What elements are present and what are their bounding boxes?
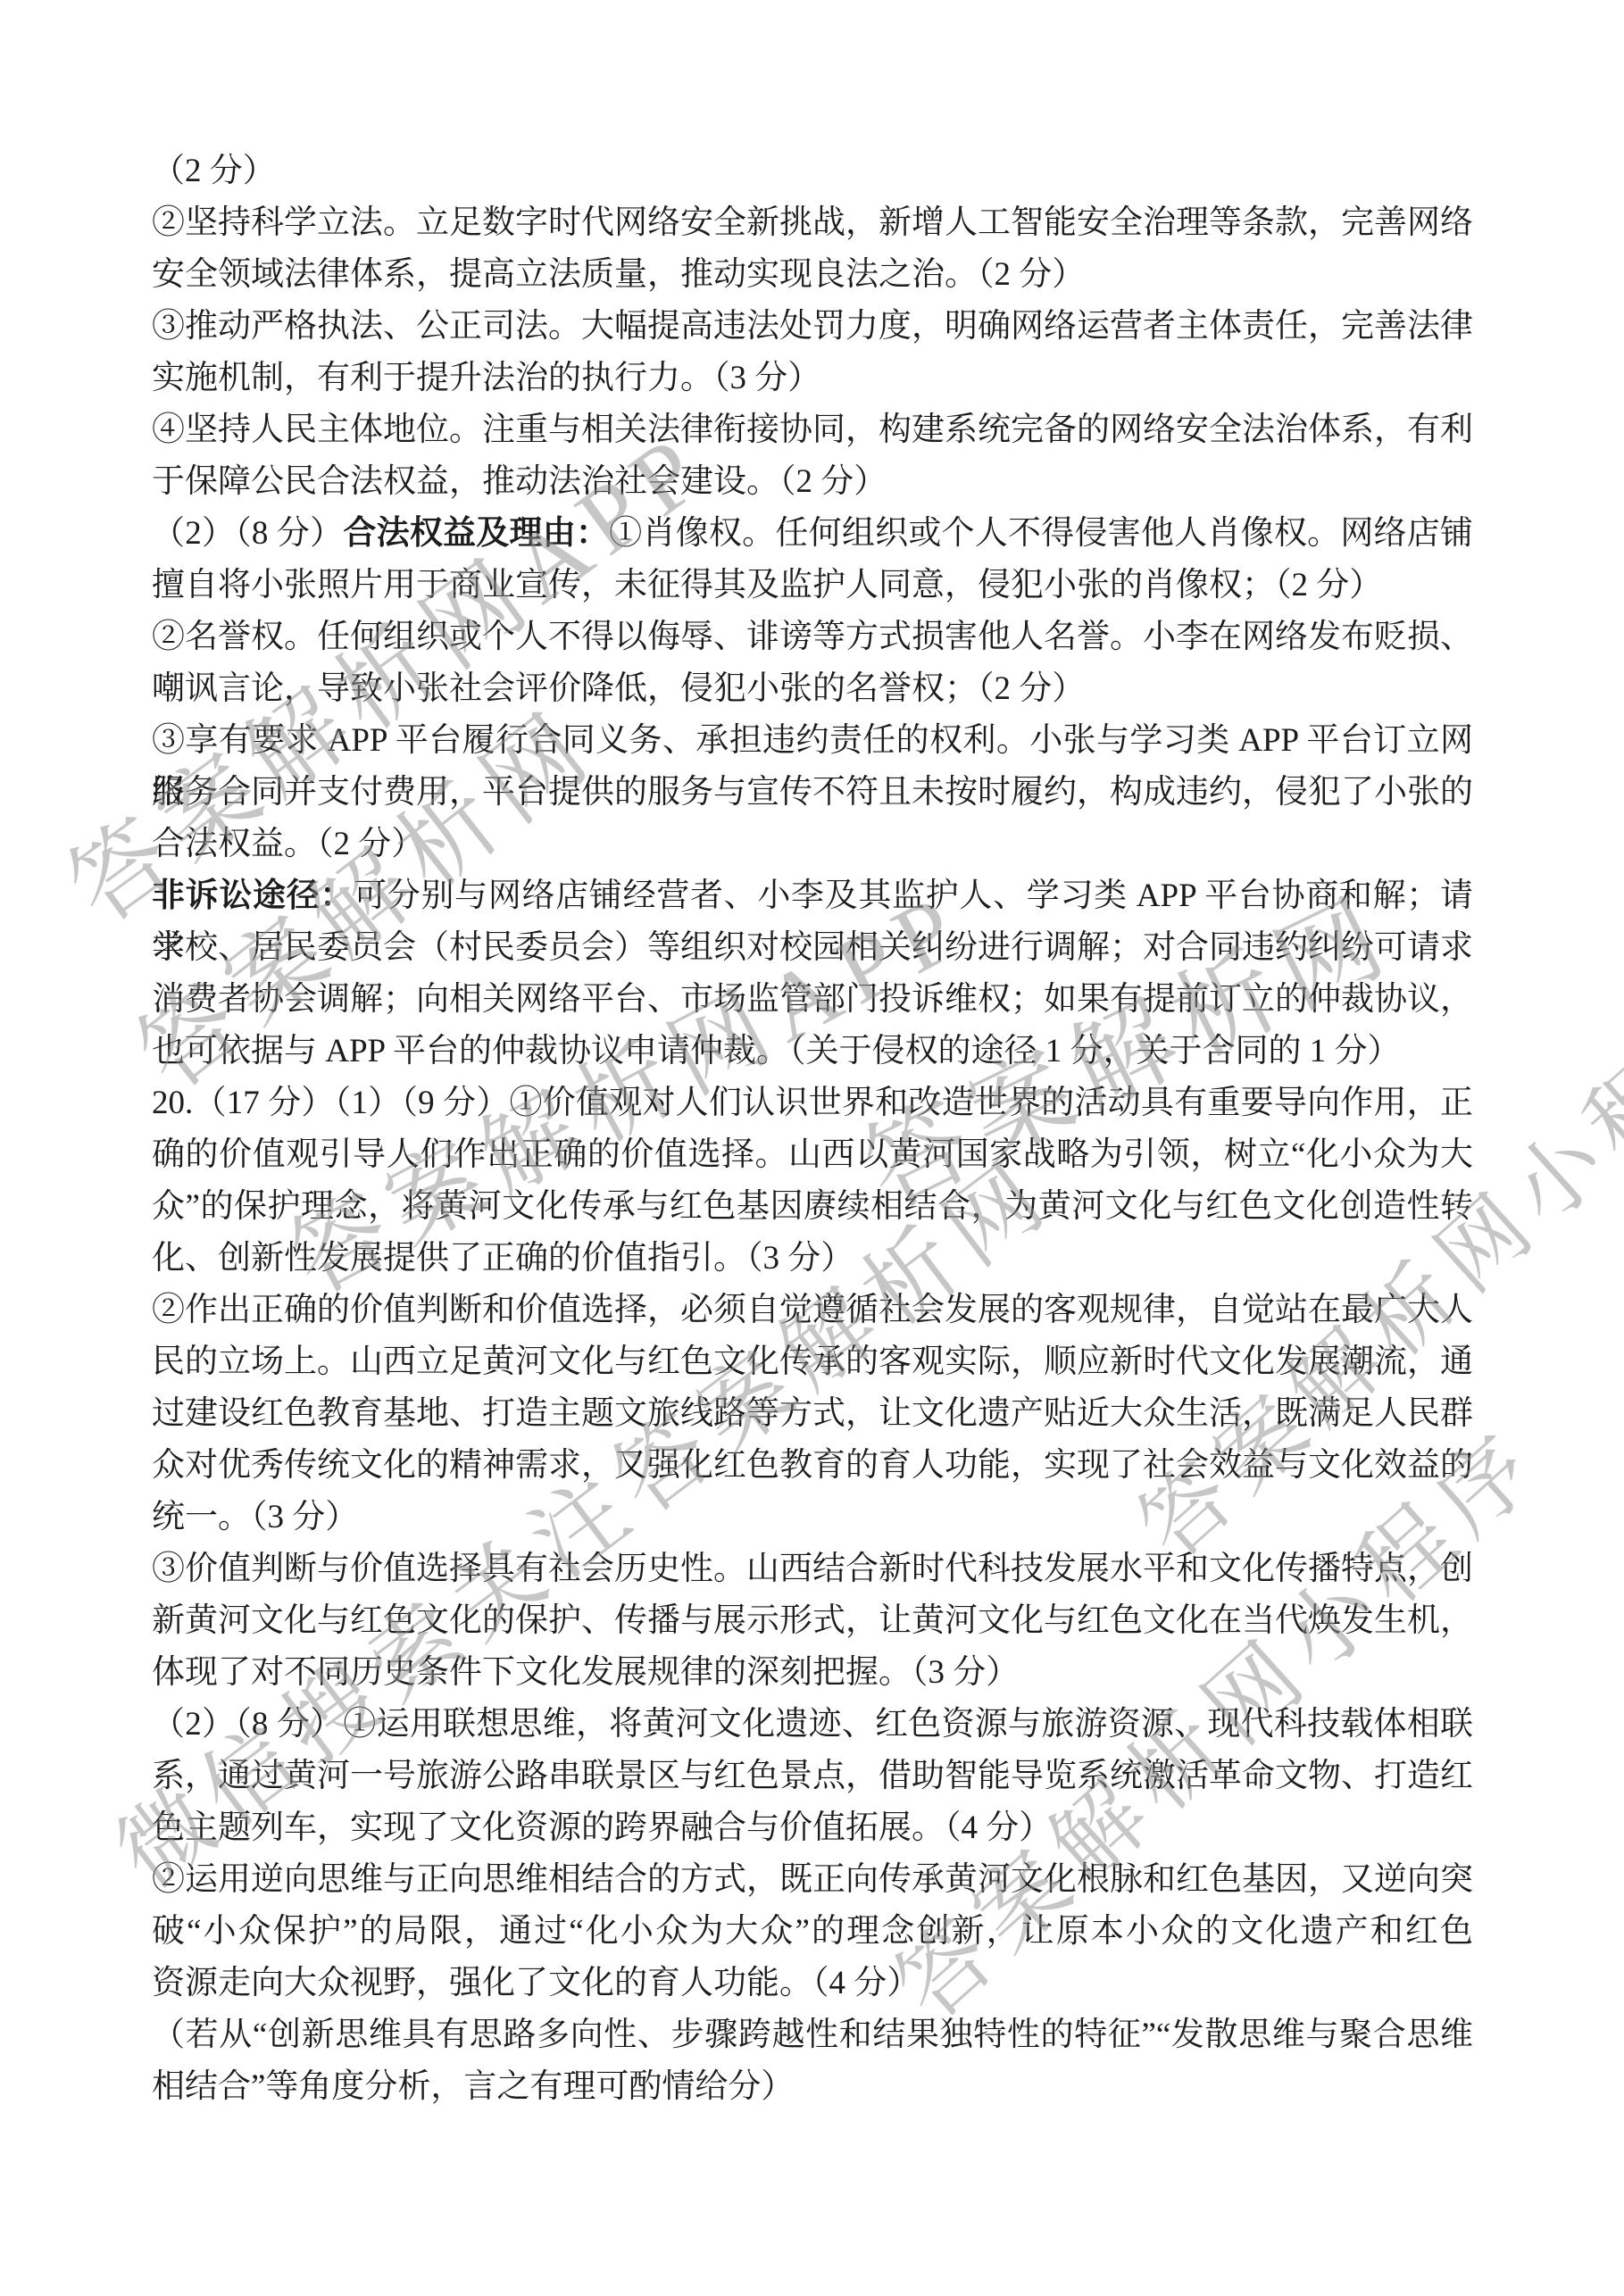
- text-line: 服务合同并支付费用，平台提供的服务与宣传不符且未按时履约，构成违约，侵犯了小张的: [152, 767, 1473, 819]
- text-line: 众对优秀传统文化的精神需求，又强化红色教育的育人功能，实现了社会效益与文化效益的: [152, 1440, 1473, 1492]
- text-segment: 也可依据与 APP 平台的仲裁协议申请仲裁。（关于侵权的途径 1 分，关于合同的…: [152, 1033, 1401, 1069]
- text-line: （2）（8 分）合法权益及理由：①肖像权。任何组织或个人不得侵害他人肖像权。网络…: [152, 508, 1473, 560]
- text-segment: ②坚持科学立法。立足数字时代网络安全新挑战，新增人工智能安全治理等条款，完善网络: [152, 204, 1473, 241]
- text-segment: 安全领域法律体系，提高立法质量，推动实现良法之治。（2 分）: [152, 256, 1085, 293]
- text-segment: （2）（8 分）①运用联想思维，将黄河文化遗迹、红色资源与旅游资源、现代科技载体…: [152, 1706, 1473, 1743]
- text-segment: 擅自将小张照片用于商业宣传，未征得其及监护人同意，侵犯小张的肖像权；（2 分）: [152, 567, 1382, 603]
- text-segment: 嘲讽言论，导致小张社会评价降低，侵犯小张的名誉权；（2 分）: [152, 670, 1085, 707]
- text-line: 新黄河文化与红色文化的保护、传播与展示形式，让黄河文化与红色文化在当代焕发生机，: [152, 1595, 1473, 1647]
- text-segment: 合法权益。（2 分）: [152, 826, 424, 862]
- text-segment: 新黄河文化与红色文化的保护、传播与展示形式，让黄河文化与红色文化在当代焕发生机，: [152, 1602, 1473, 1639]
- text-line: 于保障公民合法权益，推动法治社会建设。（2 分）: [152, 456, 1473, 508]
- answer-sheet-page: （2 分）②坚持科学立法。立足数字时代网络安全新挑战，新增人工智能安全治理等条款…: [0, 0, 1624, 2296]
- text-line: 化、创新性发展提供了正确的价值指引。（3 分）: [152, 1233, 1473, 1285]
- text-line: ③推动严格执法、公正司法。大幅提高违法处罚力度，明确网络运营者主体责任，完善法律: [152, 301, 1473, 353]
- text-line: 学校、居民委员会（村民委员会）等组织对校园相关纠纷进行调解；对合同违约纠纷可请求: [152, 922, 1473, 974]
- text-segment: ②作出正确的价值判断和价值选择，必须自觉遵循社会发展的客观规律，自觉站在最广大人: [152, 1292, 1473, 1328]
- text-line: 统一。（3 分）: [152, 1492, 1473, 1543]
- text-line: 破“小众保护”的局限，通过“化小众为大众”的理念创新，让原本小众的文化遗产和红色: [152, 1906, 1473, 1958]
- text-segment: 化、创新性发展提供了正确的价值指引。（3 分）: [152, 1240, 854, 1277]
- text-segment: 资源走向大众视野，强化了文化的育人功能。（4 分）: [152, 1965, 920, 2001]
- text-line: 系，通过黄河一号旅游公路串联景区与红色景点，借助智能导览系统激活革命文物、打造红: [152, 1751, 1473, 1802]
- text-segment: 消费者协会调解；向相关网络平台、市场监管部门投诉维权；如果有提前订立的仲裁协议，: [152, 981, 1473, 1018]
- text-line: 20.（17 分）（1）（9 分）①价值观对人们认识世界和改造世界的活动具有重要…: [152, 1077, 1473, 1129]
- text-line: 擅自将小张照片用于商业宣传，未征得其及监护人同意，侵犯小张的肖像权；（2 分）: [152, 560, 1473, 611]
- text-line: （2 分）: [152, 146, 1473, 197]
- text-line: 嘲讽言论，导致小张社会评价降低，侵犯小张的名誉权；（2 分）: [152, 663, 1473, 715]
- text-line: （2）（8 分）①运用联想思维，将黄河文化遗迹、红色资源与旅游资源、现代科技载体…: [152, 1699, 1473, 1751]
- text-line: 资源走向大众视野，强化了文化的育人功能。（4 分）: [152, 1958, 1473, 2009]
- text-segment: 众对优秀传统文化的精神需求，又强化红色教育的育人功能，实现了社会效益与文化效益的: [152, 1447, 1473, 1484]
- text-segment: 学校、居民委员会（村民委员会）等组织对校园相关纠纷进行调解；对合同违约纠纷可请求: [152, 929, 1473, 966]
- text-segment: ②名誉权。任何组织或个人不得以侮辱、诽谤等方式损害他人名誉。小李在网络发布贬损、: [152, 619, 1473, 655]
- text-segment: （2 分）: [152, 153, 276, 189]
- text-line: 过建设红色教育基地、打造主题文旅线路等方式，让文化遗产贴近大众生活，既满足人民群: [152, 1388, 1473, 1440]
- text-segment: （2）（8 分）: [152, 515, 343, 552]
- text-segment: 于保障公民合法权益，推动法治社会建设。（2 分）: [152, 463, 887, 500]
- text-segment: 统一。（3 分）: [152, 1499, 358, 1535]
- text-line: 体现了对不同历史条件下文化发展规律的深刻把握。（3 分）: [152, 1647, 1473, 1699]
- text-line: ④坚持人民主体地位。注重与相关法律衔接协同，构建系统完备的网络安全法治体系，有利: [152, 404, 1473, 456]
- text-segment: ③推动严格执法、公正司法。大幅提高违法处罚力度，明确网络运营者主体责任，完善法律: [152, 308, 1473, 345]
- text-line: 确的价值观引导人们作出正确的价值选择。山西以黄河国家战略为引领，树立“化小众为大: [152, 1129, 1473, 1181]
- text-line: 安全领域法律体系，提高立法质量，推动实现良法之治。（2 分）: [152, 249, 1473, 301]
- text-line: 众”的保护理念，将黄河文化传承与红色基因赓续相结合，为黄河文化与红色文化创造性转: [152, 1181, 1473, 1233]
- text-line: 非诉讼途径：可分别与网络店铺经营者、小李及其监护人、学习类 APP 平台协商和解…: [152, 870, 1473, 922]
- text-segment: 20.（17 分）（1）（9 分）①价值观对人们认识世界和改造世界的活动具有重要…: [152, 1085, 1473, 1121]
- text-line: ②运用逆向思维与正向思维相结合的方式，既正向传承黄河文化根脉和红色基因，又逆向突: [152, 1854, 1473, 1906]
- text-segment: 色主题列车，实现了文化资源的跨界融合与价值拓展。（4 分）: [152, 1809, 1052, 1846]
- text-segment: ①肖像权。任何组织或个人不得侵害他人肖像权。网络店铺: [609, 515, 1473, 552]
- text-line: ③享有要求 APP 平台履行合同义务、承担违约责任的权利。小张与学习类 APP …: [152, 715, 1473, 767]
- text-segment: 体现了对不同历史条件下文化发展规律的深刻把握。（3 分）: [152, 1654, 1019, 1691]
- document-lines: （2 分）②坚持科学立法。立足数字时代网络安全新挑战，新增人工智能安全治理等条款…: [152, 146, 1473, 2113]
- text-line: 合法权益。（2 分）: [152, 819, 1473, 870]
- text-segment: ④坚持人民主体地位。注重与相关法律衔接协同，构建系统完备的网络安全法治体系，有利: [152, 412, 1473, 448]
- text-line: 也可依据与 APP 平台的仲裁协议申请仲裁。（关于侵权的途径 1 分，关于合同的…: [152, 1026, 1473, 1077]
- text-segment: 过建设红色教育基地、打造主题文旅线路等方式，让文化遗产贴近大众生活，既满足人民群: [152, 1395, 1473, 1432]
- text-line: ②作出正确的价值判断和价值选择，必须自觉遵循社会发展的客观规律，自觉站在最广大人: [152, 1285, 1473, 1336]
- text-segment: 实施机制，有利于提升法治的执行力。（3 分）: [152, 360, 820, 396]
- text-segment: 众”的保护理念，将黄河文化传承与红色基因赓续相结合，为黄河文化与红色文化创造性转: [152, 1188, 1473, 1225]
- text-segment: 确的价值观引导人们作出正确的价值选择。山西以黄河国家战略为引领，树立“化小众为大: [152, 1136, 1473, 1173]
- text-line: 色主题列车，实现了文化资源的跨界融合与价值拓展。（4 分）: [152, 1802, 1473, 1854]
- text-segment: 破“小众保护”的局限，通过“化小众为大众”的理念创新，让原本小众的文化遗产和红色: [152, 1913, 1473, 1950]
- bold-text-segment: 合法权益及理由：: [343, 515, 609, 552]
- text-line: 相结合”等角度分析，言之有理可酌情给分）: [152, 2061, 1473, 2113]
- text-line: ②名誉权。任何组织或个人不得以侮辱、诽谤等方式损害他人名誉。小李在网络发布贬损、: [152, 611, 1473, 663]
- text-line: ②坚持科学立法。立足数字时代网络安全新挑战，新增人工智能安全治理等条款，完善网络: [152, 197, 1473, 249]
- text-segment: 服务合同并支付费用，平台提供的服务与宣传不符且未按时履约，构成违约，侵犯了小张的: [152, 774, 1473, 811]
- text-line: ③价值判断与价值选择具有社会历史性。山西结合新时代科技发展水平和文化传播特点，创: [152, 1543, 1473, 1595]
- bold-text-segment: 非诉讼途径：: [152, 878, 354, 914]
- text-line: （若从“创新思维具有思路多向性、步骤跨越性和结果独特性的特征”“发散思维与聚合思…: [152, 2009, 1473, 2061]
- text-line: 实施机制，有利于提升法治的执行力。（3 分）: [152, 353, 1473, 404]
- text-line: 消费者协会调解；向相关网络平台、市场监管部门投诉维权；如果有提前订立的仲裁协议，: [152, 974, 1473, 1026]
- text-segment: 相结合”等角度分析，言之有理可酌情给分）: [152, 2068, 794, 2105]
- text-segment: ②运用逆向思维与正向思维相结合的方式，既正向传承黄河文化根脉和红色基因，又逆向突: [152, 1861, 1473, 1898]
- text-line: 民的立场上。山西立足黄河文化与红色文化传承的客观实际，顺应新时代文化发展潮流，通: [152, 1336, 1473, 1388]
- text-segment: ③价值判断与价值选择具有社会历史性。山西结合新时代科技发展水平和文化传播特点，创: [152, 1551, 1473, 1587]
- text-segment: 民的立场上。山西立足黄河文化与红色文化传承的客观实际，顺应新时代文化发展潮流，通: [152, 1343, 1473, 1380]
- text-segment: （若从“创新思维具有思路多向性、步骤跨越性和结果独特性的特征”“发散思维与聚合思…: [152, 2017, 1473, 2053]
- text-segment: 系，通过黄河一号旅游公路串联景区与红色景点，借助智能导览系统激活革命文物、打造红: [152, 1758, 1473, 1794]
